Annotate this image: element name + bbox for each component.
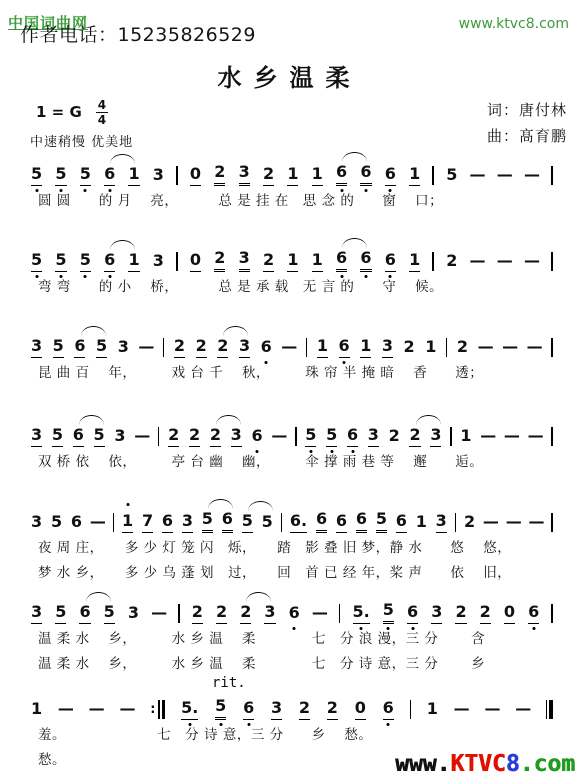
note: 5 — [304, 425, 317, 447]
note-number: 6 — [528, 604, 539, 624]
system-4: 35653—22236—55632231———双 桥 依 依， 亭 台 幽 幽，… — [30, 417, 553, 472]
note-number: 3 — [239, 338, 250, 358]
note-number: 1 — [287, 166, 298, 186]
note-number: 5 — [80, 252, 91, 272]
score: 55561302321166615———圆 圆 的 月 亮， 总 是 挂 在 思… — [0, 0, 579, 779]
note: 5 — [103, 602, 116, 624]
note-number: 5 — [326, 427, 337, 447]
note: 0 — [354, 698, 367, 720]
octave-dot-below — [343, 361, 346, 364]
note: 2 — [463, 512, 476, 533]
note-number: 1 — [409, 252, 420, 272]
note-number: 5 — [262, 514, 273, 533]
bar-thin — [455, 513, 457, 532]
note-number: 2 — [299, 700, 310, 720]
duration-dash: — — [515, 701, 531, 720]
note-number: 1 — [312, 252, 323, 272]
note: 1 — [311, 164, 324, 186]
note-number: 6 — [162, 513, 173, 533]
octave-dot-below — [340, 189, 343, 192]
slur-arc — [208, 499, 233, 509]
notation-line: 1———:5.56322061——— — [30, 690, 553, 720]
barline — [163, 337, 165, 358]
barline — [410, 699, 412, 720]
rit-annotation: rit. — [212, 675, 553, 691]
octave-dot-below — [108, 275, 111, 278]
note-number: 6 — [336, 164, 347, 186]
note: 6 — [359, 162, 372, 186]
note-number: 6 — [360, 164, 371, 186]
duration-dash: — — [271, 428, 287, 447]
barline — [339, 603, 341, 624]
note-number: 3 — [431, 604, 442, 624]
note: 5 — [51, 425, 64, 447]
note-number: 1 — [460, 428, 471, 447]
note: 2 — [213, 248, 226, 272]
octave-dot-below — [35, 189, 38, 192]
note-number: 2 — [480, 604, 491, 624]
note-number: 3 — [118, 339, 129, 358]
note-number: 1 — [128, 252, 139, 272]
barline — [551, 337, 553, 358]
duration-dash: — — [497, 167, 513, 186]
note-number: 3 — [128, 605, 139, 624]
bar-thin — [551, 338, 553, 357]
barline — [551, 512, 553, 533]
note-number: 2 — [409, 427, 420, 447]
duration-dash: — — [480, 428, 496, 447]
barline — [551, 603, 553, 624]
note-number: 6 — [383, 700, 394, 720]
octave-dot-below — [256, 450, 259, 453]
note: 3 — [263, 602, 276, 624]
octave-dot-below — [389, 189, 392, 192]
note-number: 3 — [31, 604, 42, 624]
note-number: 3 — [368, 427, 379, 447]
barline — [176, 165, 178, 186]
sheet-music-page: 中国词曲网 作者电话：15235826529 www.ktvc8.com 水乡温… — [0, 0, 579, 779]
watermark-part: .com — [520, 751, 575, 777]
notation-line: 356—176356556.66656132——— — [30, 503, 553, 533]
note: 6 — [359, 248, 372, 272]
note: 6 — [78, 602, 91, 624]
octave-dot-below — [351, 450, 354, 453]
note-number: 1 — [287, 252, 298, 272]
bar-thin — [281, 513, 283, 532]
note: 2 — [188, 425, 201, 447]
note-number: 7 — [142, 513, 153, 533]
note: 2 — [454, 602, 467, 624]
note: 6 — [103, 164, 116, 186]
note: 5 — [325, 425, 338, 447]
bar-thick — [162, 700, 166, 719]
note: 5. — [352, 602, 371, 624]
note: 3 — [30, 425, 43, 447]
note: 3 — [238, 162, 251, 186]
note-number: 6 — [74, 338, 85, 358]
note: 6 — [260, 337, 273, 358]
note: 0 — [503, 602, 516, 624]
note-number: 5 — [96, 338, 107, 358]
note: 5 — [79, 164, 92, 186]
bar-thick — [549, 700, 553, 719]
bar-thin — [176, 166, 178, 185]
note: 6 — [73, 336, 86, 358]
note: 3 — [429, 425, 442, 447]
note-number: 2 — [457, 339, 468, 358]
barline — [432, 251, 434, 272]
note: 3 — [435, 511, 448, 533]
barline — [295, 426, 297, 447]
note: 3 — [367, 425, 380, 447]
note: 5 — [50, 512, 63, 533]
note: 6 — [288, 603, 301, 624]
note-number: 6 — [71, 514, 82, 533]
note-number: 5 — [94, 427, 105, 447]
note: 5. — [180, 698, 199, 720]
note: 0 — [189, 164, 202, 186]
bar-thin — [339, 604, 341, 623]
note-number: 1 — [409, 166, 420, 186]
note: 3 — [117, 337, 130, 358]
duration-dash: — — [312, 605, 328, 624]
note: 1 — [30, 699, 43, 720]
bar-thin — [432, 252, 434, 271]
duration-dash: — — [281, 339, 297, 358]
repeat-dots: : — [150, 700, 155, 719]
note: 5 — [201, 509, 214, 533]
repeat-barline: : — [150, 699, 165, 720]
note: 5 — [30, 250, 43, 272]
duration-dash: — — [454, 701, 470, 720]
note: 5 — [375, 509, 388, 533]
note: 2 — [479, 602, 492, 624]
note-number: 2 — [216, 604, 227, 624]
duration-dash: — — [134, 428, 150, 447]
bar-thin — [551, 166, 553, 185]
duration-dash: — — [151, 605, 167, 624]
duration-dash: — — [138, 339, 154, 358]
note: 3 — [270, 698, 283, 720]
note: 6 — [103, 250, 116, 272]
note: 7 — [141, 511, 154, 533]
bar-thin — [306, 338, 308, 357]
duration-dash: — — [483, 514, 499, 533]
note-number: 3 — [153, 253, 164, 272]
note: 2 — [195, 336, 208, 358]
note: 1 — [127, 250, 140, 272]
bar-thin — [450, 427, 452, 446]
note-number: 6 — [222, 511, 233, 533]
notation-line: 35653—22236—5.5632206 — [30, 594, 553, 624]
note-number: 2 — [214, 250, 225, 272]
note-number: 3 — [153, 167, 164, 186]
system-5: 356—176356556.66656132———夜 周 庄， 多 少 灯 笼 … — [30, 503, 553, 583]
note-number: 6 — [243, 700, 254, 720]
note: 6 — [335, 162, 348, 186]
note-number: 6 — [289, 605, 300, 624]
note-number: 6 — [339, 338, 350, 358]
lyrics-row-1: 双 桥 依 依， 亭 台 幽 幽， 伞 撑 雨 巷 等 邂 逅。 — [30, 452, 553, 472]
notation-line: 35653—22236—55632231——— — [30, 417, 553, 447]
note-number: 5 — [31, 252, 42, 272]
note: 1 — [316, 336, 329, 358]
note-number: 5 — [202, 511, 213, 533]
duration-dash: — — [504, 428, 520, 447]
duration-dash: — — [470, 253, 486, 272]
bar-thin — [551, 513, 553, 532]
note-number: 5 — [446, 167, 457, 186]
note: 6 — [70, 512, 83, 533]
note-number: 0 — [190, 166, 201, 186]
note: 5 — [52, 336, 65, 358]
octave-dot-below — [309, 450, 312, 453]
note: 3 — [30, 602, 43, 624]
note-number: 6 — [356, 511, 367, 533]
barline — [432, 165, 434, 186]
note: 5 — [445, 165, 458, 186]
slur-arc — [342, 152, 367, 162]
barline — [455, 512, 457, 533]
bar-thin — [113, 513, 115, 532]
note: 2 — [167, 425, 180, 447]
lyrics-row-1: 圆 圆 的 月 亮， 总 是 挂 在 思 念 的 窗 口； — [30, 191, 553, 211]
note-number: 6 — [336, 513, 347, 533]
system-6: 35653—22236—5.5632206温 柔 水 乡， 水 乡 温 柔 七 … — [30, 594, 553, 691]
note: 2 — [388, 426, 401, 447]
note-number: 5 — [305, 427, 316, 447]
octave-dot-below — [265, 361, 268, 364]
note-number: 1 — [122, 513, 133, 533]
bar-thin — [163, 338, 165, 357]
lyrics-row-1: 夜 周 庄， 多 少 灯 笼 闪 烁， 踏 影 叠 旧 梦，静 水 悠 悠， — [30, 538, 553, 558]
note-number: 2 — [214, 164, 225, 186]
watermark-part: KTVC — [450, 751, 505, 777]
octave-dot-below — [411, 627, 414, 630]
octave-dot-below — [340, 275, 343, 278]
note: 3 — [152, 251, 165, 272]
watermark-part: www. — [395, 751, 450, 777]
note: 1 — [424, 337, 437, 358]
note-number: 5 — [52, 427, 63, 447]
note: 3 — [381, 336, 394, 358]
note: 2 — [191, 602, 204, 624]
note-number: 2 — [263, 166, 274, 186]
note: 2 — [262, 164, 275, 186]
note: 5 — [79, 250, 92, 272]
note: 6 — [72, 425, 85, 447]
site-watermark-bottom: www.KTVC8.com — [395, 751, 575, 777]
note: 3 — [230, 425, 243, 447]
notation-line: 55561302321166612——— — [30, 242, 553, 272]
note: 2 — [209, 425, 222, 447]
note: 3 — [181, 511, 194, 533]
note-number: 5 — [376, 511, 387, 533]
note-number: 2 — [217, 338, 228, 358]
note: 1 — [415, 512, 428, 533]
octave-dot-below — [59, 189, 62, 192]
note: 2 — [213, 162, 226, 186]
octave-dot-below — [35, 275, 38, 278]
bar-thin — [158, 700, 160, 719]
note-number: 3 — [239, 164, 250, 186]
note: 6 — [382, 698, 395, 720]
note-number: 3 — [182, 513, 193, 533]
note: 1 — [286, 250, 299, 272]
note-number: 5. — [353, 604, 370, 624]
note: 3 — [238, 248, 251, 272]
note: 6 — [161, 511, 174, 533]
note-number: 2 — [196, 338, 207, 358]
note: 2 — [445, 251, 458, 272]
barline — [446, 337, 448, 358]
octave-dot-below — [219, 723, 222, 726]
bar-thin — [551, 427, 553, 446]
note: 3 — [127, 603, 140, 624]
slur-arc — [86, 592, 111, 602]
note: 1 — [359, 336, 372, 358]
note-number: 6 — [347, 427, 358, 447]
note-number: 2 — [263, 252, 274, 272]
octave-dot-below — [247, 723, 250, 726]
note-number: 6 — [73, 427, 84, 447]
duration-dash: — — [524, 253, 540, 272]
note: 6 — [221, 509, 234, 533]
note-number: 3 — [31, 514, 42, 533]
barline — [113, 512, 115, 533]
note: 3 — [113, 426, 126, 447]
slur-arc — [110, 240, 135, 250]
note: 3 — [30, 336, 43, 358]
note: 1 — [459, 426, 472, 447]
duration-dash: — — [58, 701, 74, 720]
barline — [306, 337, 308, 358]
note-number: 3 — [382, 338, 393, 358]
barline — [178, 603, 180, 624]
note-number: 6 — [336, 250, 347, 272]
bar-thin — [551, 252, 553, 271]
octave-dot-below — [364, 189, 367, 192]
note: 6 — [384, 164, 397, 186]
octave-dot-below — [108, 189, 111, 192]
system-1: 55561302321166615———圆 圆 的 月 亮， 总 是 挂 在 思… — [30, 156, 553, 211]
note-number: 2 — [192, 604, 203, 624]
octave-dot-below — [84, 189, 87, 192]
note: 3 — [430, 602, 443, 624]
slur-arc — [223, 326, 248, 336]
note-number: 3 — [239, 250, 250, 272]
duration-dash: — — [90, 514, 106, 533]
note-number: 5 — [31, 166, 42, 186]
bar-thin — [295, 427, 297, 446]
note: 3 — [238, 336, 251, 358]
note-number: 6 — [79, 604, 90, 624]
note: 6 — [406, 602, 419, 624]
lyrics-row-2: 温 柔 水 乡， 水 乡 温 柔 七 分 诗 意，三 分 乡 — [30, 654, 553, 674]
duration-dash: — — [478, 339, 494, 358]
octave-dot-above — [126, 503, 129, 506]
note-number: 5 — [383, 602, 394, 624]
octave-dot-below — [532, 627, 535, 630]
note-number: 1 — [360, 338, 371, 358]
bar-thin — [446, 338, 448, 357]
notation-line: 55561302321166615——— — [30, 156, 553, 186]
note-number: 5 — [80, 166, 91, 186]
note: 2 — [408, 425, 421, 447]
slur-arc — [110, 154, 135, 164]
octave-dot-below — [387, 723, 390, 726]
barline — [551, 426, 553, 447]
note: 2 — [239, 602, 252, 624]
note: 1 — [408, 250, 421, 272]
note-number: 5 — [104, 604, 115, 624]
note: 1 — [121, 511, 134, 533]
note: 2 — [456, 337, 469, 358]
note-number: 3 — [264, 604, 275, 624]
note-number: 6 — [385, 252, 396, 272]
note-number: 3 — [436, 513, 447, 533]
note: 6 — [242, 698, 255, 720]
note-number: 0 — [355, 700, 366, 720]
bar-thin — [158, 427, 160, 446]
note-number: 1 — [416, 514, 427, 533]
note-number: 3 — [114, 428, 125, 447]
barline — [281, 512, 283, 533]
octave-dot-below — [389, 275, 392, 278]
note-number: 1 — [425, 339, 436, 358]
system-3: 35653—22236—1613212———昆 曲 百 年， 戏 台 千 秋， … — [30, 328, 553, 383]
system-2: 55561302321166612———弯 弯 的 小 桥， 总 是 承 载 无… — [30, 242, 553, 297]
note: 1 — [311, 250, 324, 272]
note: 2 — [403, 337, 416, 358]
note: 2 — [173, 336, 186, 358]
note: 5 — [214, 696, 227, 720]
note: 5 — [54, 250, 67, 272]
octave-dot-below — [330, 450, 333, 453]
note: 6. — [289, 511, 308, 533]
octave-dot-below — [188, 723, 191, 726]
note: 5 — [95, 336, 108, 358]
note: 1 — [127, 164, 140, 186]
note-number: 6 — [407, 604, 418, 624]
note: 5 — [93, 425, 106, 447]
duration-dash: — — [529, 514, 545, 533]
duration-dash: — — [497, 253, 513, 272]
final-barline — [546, 699, 553, 720]
note-number: 6 — [104, 166, 115, 186]
note: 0 — [189, 250, 202, 272]
note: 6 — [395, 511, 408, 533]
note-number: 2 — [168, 427, 179, 447]
octave-dot-below — [59, 275, 62, 278]
note-number: 2 — [189, 427, 200, 447]
octave-dot-below — [387, 627, 390, 630]
note-number: 5 — [242, 513, 253, 533]
note-number: 5 — [55, 604, 66, 624]
note-number: 5 — [53, 338, 64, 358]
note-number: 5 — [55, 252, 66, 272]
note: 6 — [335, 248, 348, 272]
note: 5 — [30, 164, 43, 186]
note-number: 3 — [271, 700, 282, 720]
barline — [551, 251, 553, 272]
octave-dot-below — [364, 275, 367, 278]
note-number: 5 — [55, 166, 66, 186]
bar-thin — [546, 700, 548, 719]
note: 5 — [54, 602, 67, 624]
note: 3 — [152, 165, 165, 186]
note-number: 1 — [427, 701, 438, 720]
